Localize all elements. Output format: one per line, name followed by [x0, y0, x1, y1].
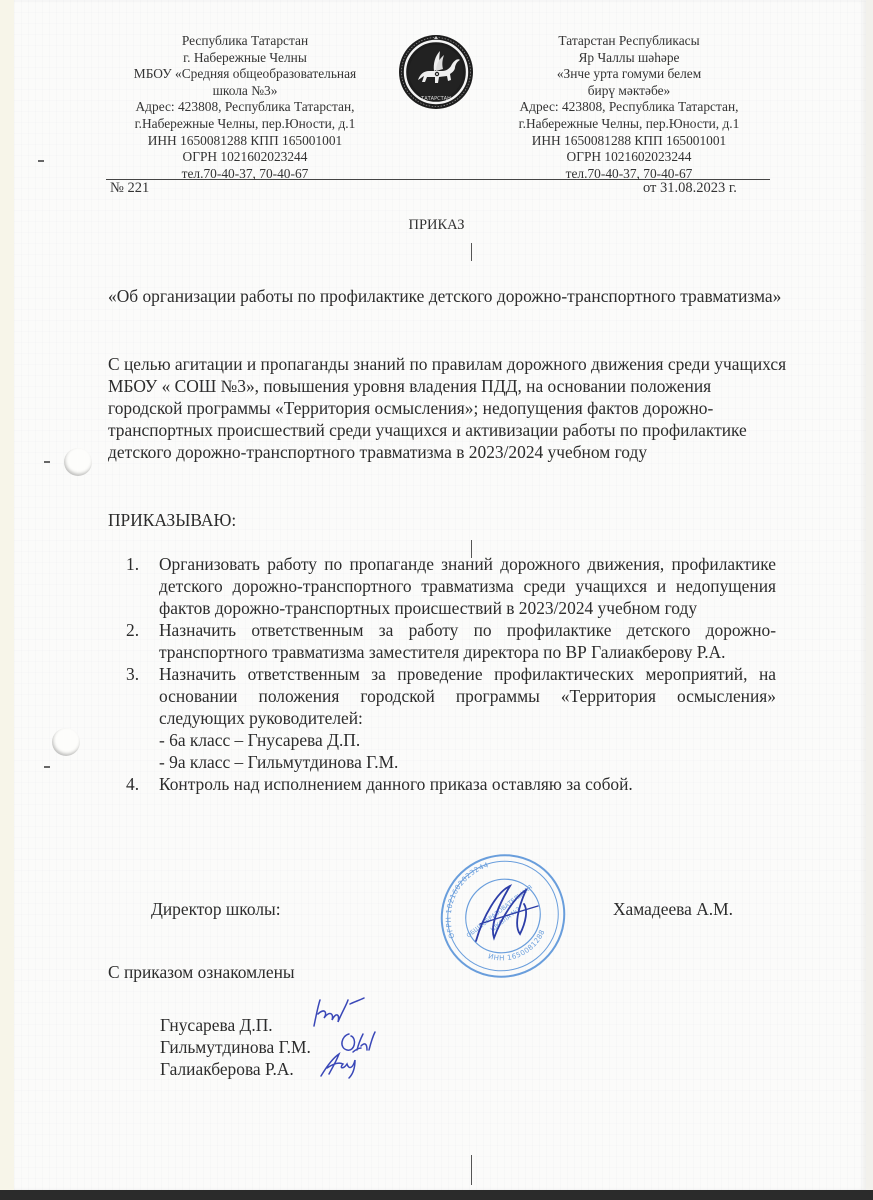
letterhead-line: г. Набережные Челны	[110, 50, 380, 67]
acknowledgement-row: Галиакберова Р.А.	[160, 1058, 311, 1080]
responsible-class-6a: - 6а класс – Гнусарева Д.П.	[159, 729, 776, 751]
order-item-text: Контроль над исполнением данного приказа…	[159, 774, 633, 794]
order-item-number: 4.	[126, 773, 139, 795]
letterhead-line: ОГРН 1021602023244	[494, 149, 764, 166]
letterhead-line: Адрес: 423808, Республика Татарстан,	[110, 99, 380, 116]
acknowledged-person-name: Галиакберова Р.А.	[160, 1059, 294, 1079]
scan-left-margin	[0, 0, 14, 1190]
scan-artifact-mark	[44, 461, 50, 463]
order-item-text: Организовать работу по пропаганде знаний…	[159, 554, 776, 618]
letterhead-line: Адрес: 423808, Республика Татарстан,	[494, 99, 764, 116]
letterhead-line: МБОУ «Средняя общеобразовательная	[110, 66, 380, 83]
scan-artifact-mark	[471, 1155, 472, 1185]
svg-text:ТАТАРСТАН: ТАТАРСТАН	[420, 96, 451, 102]
letterhead-line: школа №3»	[110, 83, 380, 100]
letterhead-line: ОГРН 1021602023244	[110, 149, 380, 166]
order-item-number: 2.	[126, 619, 139, 641]
letterhead-line: Татарстан Республикасы	[494, 33, 764, 50]
letterhead-line: г.Набережные Челны, пер.Юности, д.1	[494, 116, 764, 133]
scan-bottom-edge	[0, 1190, 873, 1200]
acknowledgement-list: Гнусарева Д.П. Гильмутдинова Г.М. Галиак…	[160, 1014, 311, 1080]
order-items-list: 1. Организовать работу по пропаганде зна…	[126, 553, 776, 795]
order-preamble: С целью агитации и пропаганды знаний по …	[108, 353, 788, 463]
order-directive-heading: ПРИКАЗЫВАЮ:	[108, 509, 408, 531]
punch-hole	[64, 448, 92, 476]
official-seal-icon: ОГРН 1021602023244 ИНН 1650081288 ОБЩЕОБ…	[428, 846, 578, 986]
order-item-number: 1.	[126, 553, 139, 575]
order-item: 4. Контроль над исполнением данного прик…	[126, 773, 776, 795]
letterhead-line: «Знче урта гомуми белем	[494, 66, 764, 83]
letterhead-line: Яр Чаллы шәһәре	[494, 50, 764, 67]
scan-artifact-mark	[471, 243, 472, 261]
order-item-text: Назначить ответственным за проведение пр…	[159, 664, 776, 728]
order-item-text: Назначить ответственным за работу по про…	[159, 620, 776, 662]
acknowledged-person-name: Гильмутдинова Г.М.	[160, 1037, 311, 1057]
letterhead-line: г.Набережные Челны, пер.Юности, д.1	[110, 116, 380, 133]
letterhead-line: ИНН 1650081288 КПП 165001001	[494, 133, 764, 150]
director-title: Директор школы:	[151, 898, 281, 920]
scan-artifact-mark	[44, 766, 50, 768]
acknowledgement-row: Гнусарева Д.П.	[160, 1014, 311, 1036]
tatarstan-emblem-icon: ТАТАРСТАН	[398, 34, 474, 110]
order-item: 1. Организовать работу по пропаганде зна…	[126, 553, 776, 619]
letterhead-line: бирү мәктәбе»	[494, 83, 764, 100]
responsible-class-9a: - 9а класс – Гильмутдинова Г.М.	[159, 751, 776, 773]
order-item-number: 3.	[126, 663, 139, 685]
acknowledgement-title: С приказом ознакомлены	[108, 961, 295, 983]
director-name: Хамадеева А.М.	[613, 898, 733, 920]
punch-hole	[52, 728, 80, 756]
acknowledgement-row: Гильмутдинова Г.М.	[160, 1036, 311, 1058]
letterhead-line: ИНН 1650081288 КПП 165001001	[110, 133, 380, 150]
letterhead-left: Республика Татарстан г. Набережные Челны…	[110, 33, 380, 182]
letterhead-right: Татарстан Республикасы Яр Чаллы шәһәре «…	[494, 33, 764, 182]
order-item: 2. Назначить ответственным за работу по …	[126, 619, 776, 663]
order-number: № 221	[110, 180, 149, 197]
letterhead-line: Республика Татарстан	[110, 33, 380, 50]
handwritten-signature-icon	[317, 1046, 363, 1085]
order-date: от 31.08.2023 г.	[643, 180, 737, 197]
order-item: 3. Назначить ответственным за проведение…	[126, 663, 776, 773]
order-subject: «Об организации работы по профилактике д…	[108, 285, 788, 307]
document-type-title: ПРИКАЗ	[0, 217, 873, 234]
scan-artifact-mark	[38, 160, 44, 162]
acknowledged-person-name: Гнусарева Д.П.	[160, 1015, 273, 1035]
